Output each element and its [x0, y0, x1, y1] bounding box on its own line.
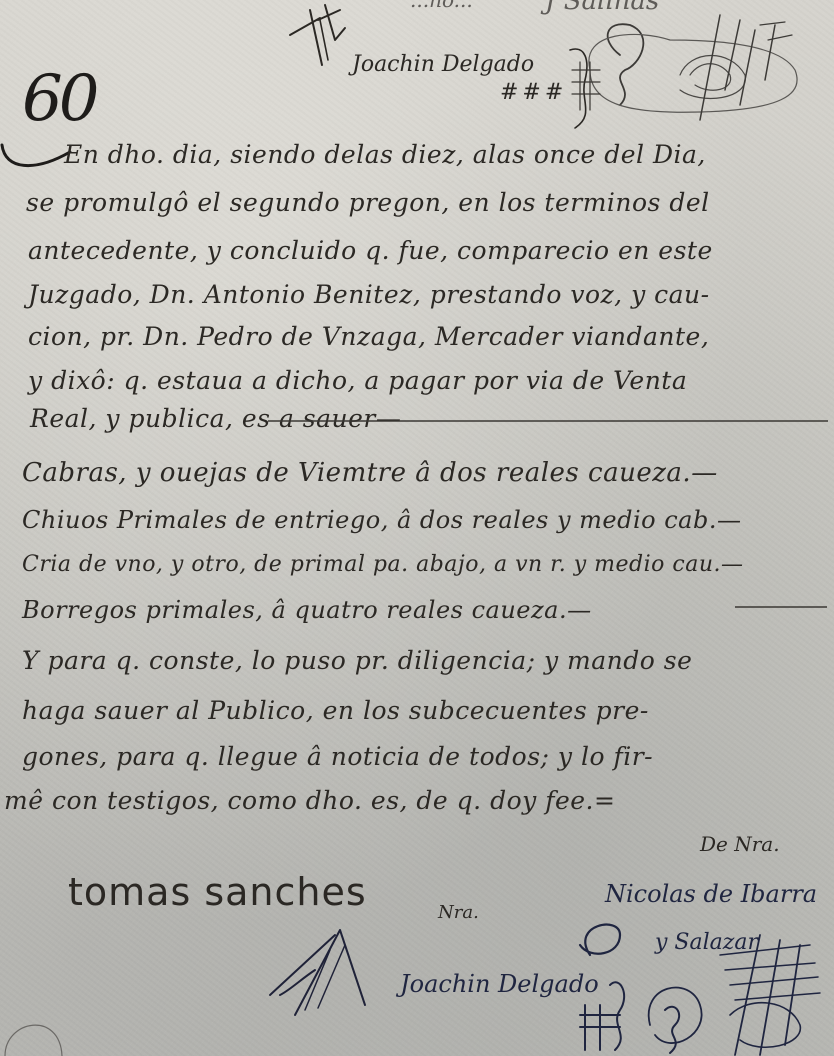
signature-left: tomas sanches: [68, 870, 367, 914]
closing-line-1: Y para q. conste, lo puso pr. diligencia…: [22, 646, 692, 675]
body-line-4: Juzgado, Dn. Antonio Benitez, prestando …: [28, 280, 710, 309]
witness-note: Nra.: [438, 902, 479, 923]
signature-right-line1: Nicolas de Ibarra: [605, 880, 817, 908]
body-line-1: En dho. dia, siendo delas diez, alas onc…: [64, 140, 706, 169]
price-list-item-2: Chiuos Primales de entriego, â dos reale…: [22, 506, 741, 534]
rubric-flourish-icon: [280, 0, 360, 75]
closing-line-2: haga sauer al Publico, en los subcecuent…: [22, 696, 649, 725]
faint-circle-mark-icon: [0, 1010, 70, 1056]
top-fragment-left: ...no...: [410, 0, 473, 12]
closing-line-4: mê con testigos, como dho. es, de q. doy…: [4, 786, 615, 815]
line-fill-rule: [735, 606, 827, 608]
header-signature: Joachin Delgado: [352, 52, 534, 77]
body-line-5: cion, pr. Dn. Pedro de Vnzaga, Mercader …: [28, 322, 709, 351]
price-list-item-3: Cria de vno, y otro, de primal pa. abajo…: [22, 552, 744, 577]
price-list-item-1: Cabras, y ouejas de Viemtre â dos reales…: [22, 458, 718, 488]
body-line-7: Real, y publica, es a sauer—: [30, 404, 401, 433]
rubric-ladder-icon: [560, 40, 620, 130]
body-line-6: y dixô: q. estaua a dicho, a pagar por v…: [28, 366, 687, 395]
rubric-seal-bottom-icon: [560, 915, 834, 1056]
header-signature-mark: ###: [500, 80, 567, 105]
line-fill-rule: [268, 420, 828, 422]
closing-line-3: gones, para q. llegue â noticia de todos…: [22, 742, 653, 771]
folio-number: 60: [22, 62, 95, 136]
price-list-item-4: Borregos primales, â quatro reales cauеz…: [22, 596, 592, 624]
quill-rubric-icon: [260, 920, 380, 1020]
marginal-note: De Nra.: [700, 832, 780, 856]
body-line-2: se promulgô el segundo pregon, en los te…: [26, 188, 710, 217]
body-line-3: antecedente, y concluido q. fue, compare…: [28, 236, 713, 265]
